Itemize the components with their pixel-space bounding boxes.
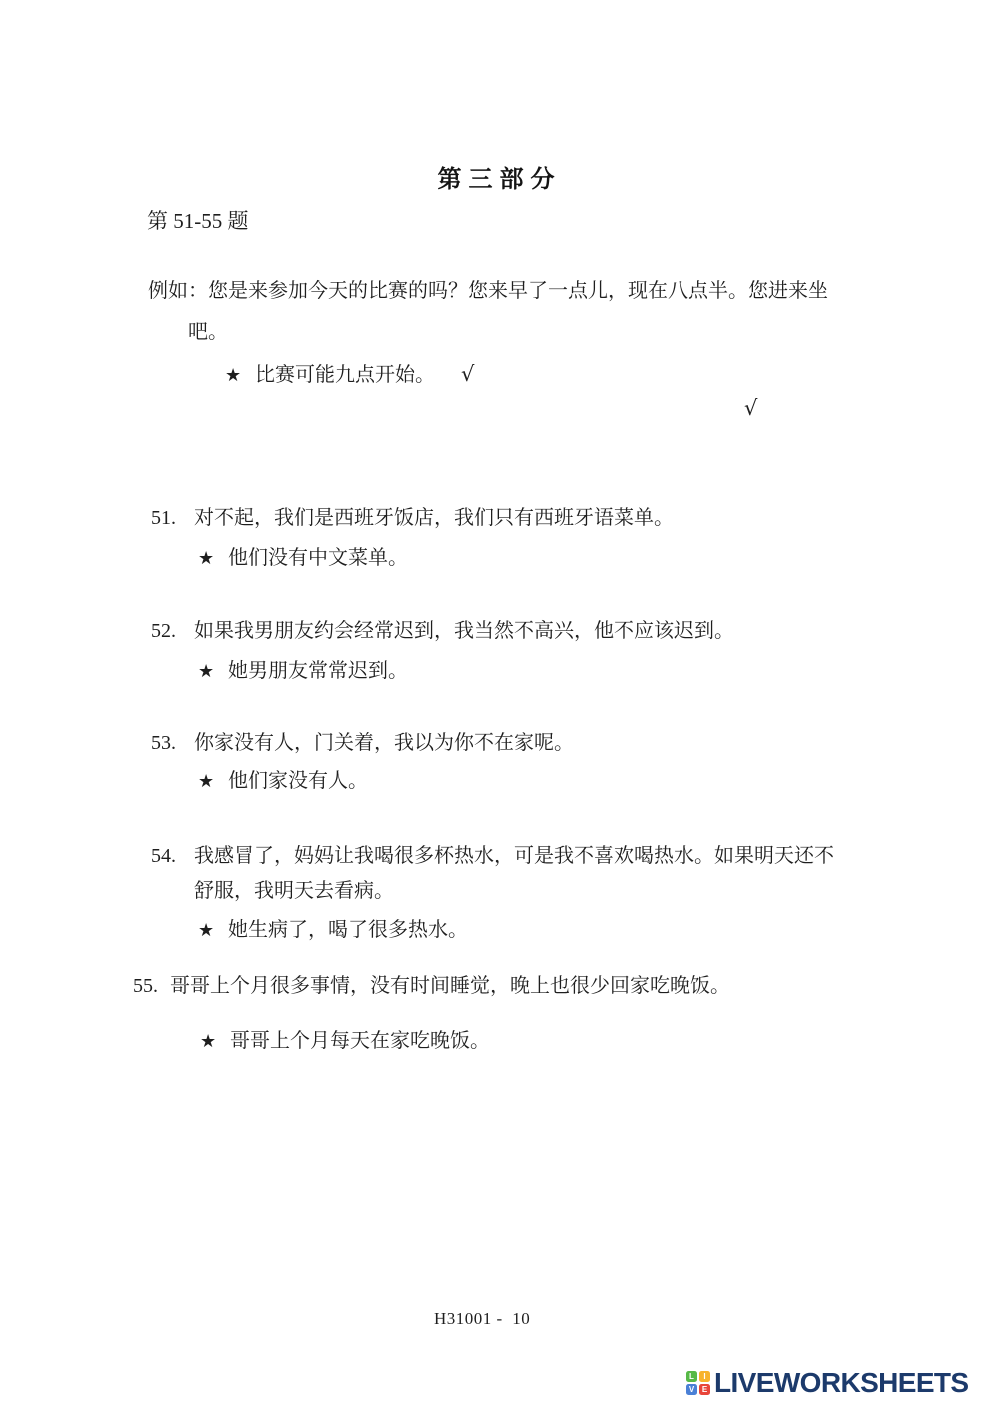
question-text-line: 舒服，我明天去看病。 (194, 878, 394, 905)
worksheet-page: 第三部分 第 51-55 题 例如：您是来参加今天的比赛的吗？您来早了一点儿，现… (0, 0, 999, 1413)
question-text: 我感冒了，妈妈让我喝很多杯热水，可是我不喜欢喝热水。如果明天还不 (194, 845, 834, 867)
question-star-line: ★哥哥上个月每天在家吃晚饭。 (200, 1028, 490, 1055)
question-statement: 他们家没有人。 (228, 770, 368, 792)
question-text: 对不起，我们是西班牙饭店，我们只有西班牙语菜单。 (194, 507, 674, 529)
liveworksheets-logo[interactable]: LIVE LIVEWORKSHEETS (686, 1367, 969, 1399)
student-answer-input[interactable]: √ (744, 396, 757, 420)
question-number: 51. (151, 505, 194, 532)
question-text-line: 53.你家没有人，门关着，我以为你不在家呢。 (151, 730, 574, 757)
question-statement: 哥哥上个月每天在家吃晚饭。 (230, 1030, 490, 1052)
example-text-line1: 您是来参加今天的比赛的吗？您来早了一点儿，现在八点半。您进来坐 (208, 280, 828, 302)
example-star-line: ★比赛可能九点开始。√ (225, 361, 474, 389)
page-footer-code: H31001 - 10 (434, 1309, 530, 1329)
question-statement: 她生病了，喝了很多热水。 (228, 919, 468, 941)
liveworksheets-grid-icon: LIVE (686, 1371, 710, 1395)
question-statement: 她男朋友常常迟到。 (228, 660, 408, 682)
logo-tile-v: V (686, 1384, 697, 1395)
question-star-line: ★她生病了，喝了很多热水。 (198, 917, 468, 944)
question-text-line: 55.哥哥上个月很多事情，没有时间睡觉，晚上也很少回家吃晚饭。 (133, 973, 730, 1000)
question-star-line: ★他们没有中文菜单。 (198, 545, 408, 572)
question-text-line: 51.对不起，我们是西班牙饭店，我们只有西班牙语菜单。 (151, 505, 674, 532)
star-icon: ★ (225, 362, 245, 389)
liveworksheets-wordmark: LIVEWORKSHEETS (714, 1367, 969, 1399)
section-title: 第三部分 (0, 159, 999, 194)
example-line-2: 吧。 (188, 319, 228, 346)
example-line-1: 例如：您是来参加今天的比赛的吗？您来早了一点儿，现在八点半。您进来坐 (148, 278, 828, 305)
question-range: 第 51-55 题 (147, 205, 249, 235)
question-text: 如果我男朋友约会经常迟到，我当然不高兴，他不应该迟到。 (194, 620, 734, 642)
question-statement: 他们没有中文菜单。 (228, 547, 408, 569)
question-text: 舒服，我明天去看病。 (194, 880, 394, 902)
question-number: 53. (151, 730, 194, 757)
question-number: 55. (133, 973, 170, 1000)
star-icon: ★ (200, 1028, 220, 1055)
star-icon: ★ (198, 917, 218, 944)
logo-tile-e: E (699, 1384, 710, 1395)
example-statement: 比赛可能九点开始。 (255, 364, 435, 386)
star-icon: ★ (198, 658, 218, 685)
question-text: 哥哥上个月很多事情，没有时间睡觉，晚上也很少回家吃晚饭。 (170, 975, 730, 997)
question-text: 你家没有人，门关着，我以为你不在家呢。 (194, 732, 574, 754)
star-icon: ★ (198, 768, 218, 795)
logo-tile-l: L (686, 1371, 697, 1382)
question-number: 52. (151, 618, 194, 645)
example-printed-check: √ (461, 362, 474, 386)
question-text-line: 52.如果我男朋友约会经常迟到，我当然不高兴，他不应该迟到。 (151, 618, 734, 645)
question-star-line: ★她男朋友常常迟到。 (198, 658, 408, 685)
star-icon: ★ (198, 545, 218, 572)
question-star-line: ★他们家没有人。 (198, 768, 368, 795)
question-text-line: 54.我感冒了，妈妈让我喝很多杯热水，可是我不喜欢喝热水。如果明天还不 (151, 843, 834, 870)
example-label: 例如： (148, 280, 208, 302)
question-number: 54. (151, 843, 194, 870)
logo-tile-i: I (699, 1371, 710, 1382)
